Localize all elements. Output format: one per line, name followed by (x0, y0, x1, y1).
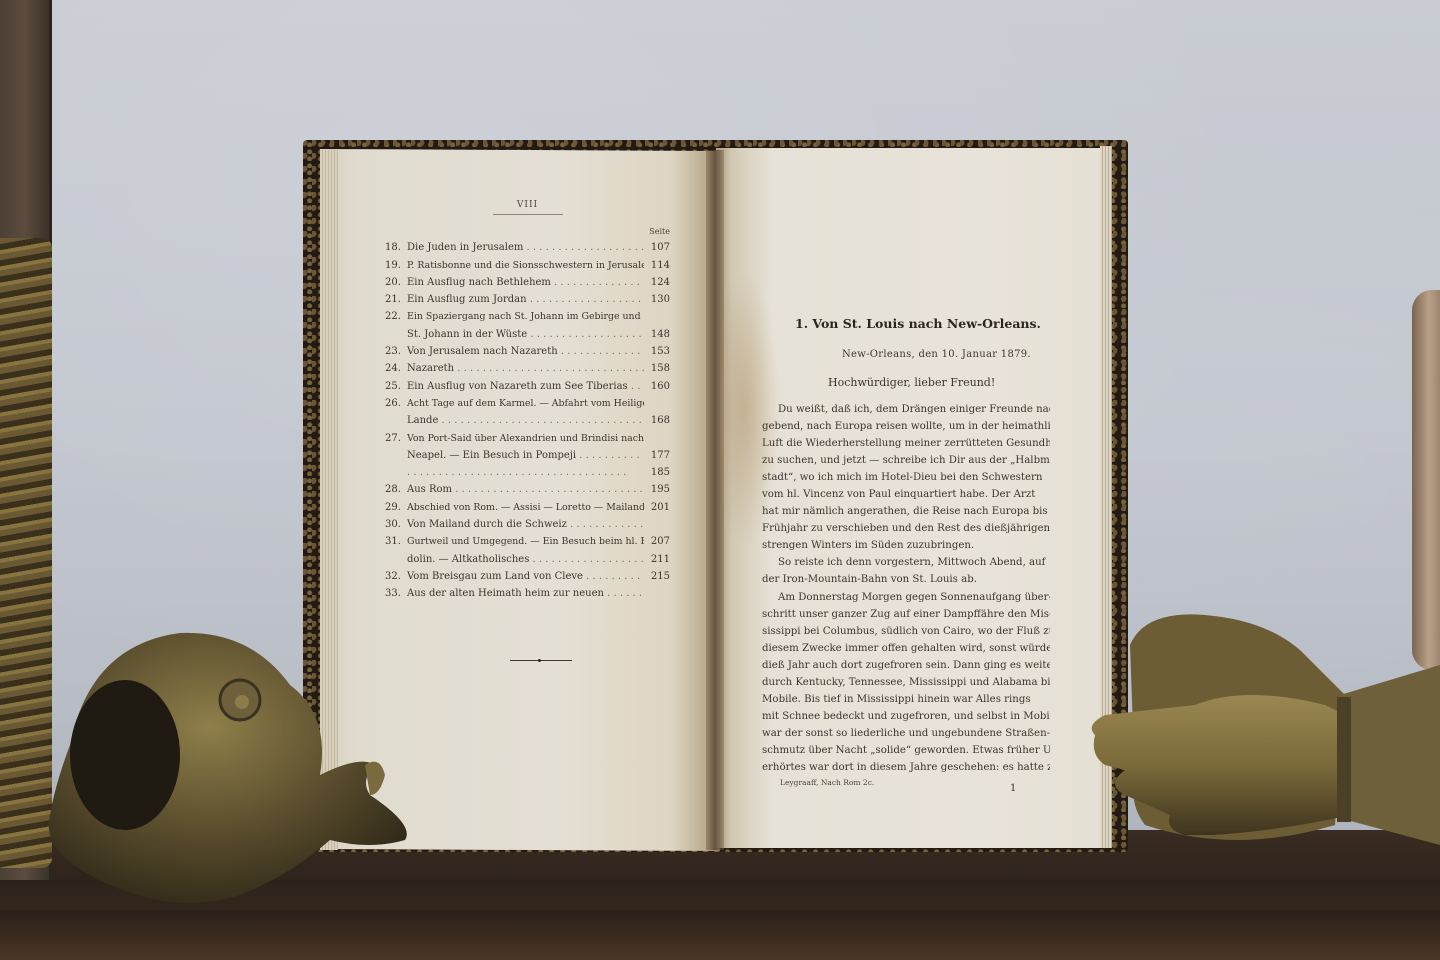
toc-entry: 23. Von Jerusalem nach Nazareth 153 (385, 341, 670, 358)
toc-entry: 30. Von Mailand durch die Schweiz (385, 514, 670, 531)
letter-salutation: Hochwürdiger, lieber Freund! (828, 376, 995, 389)
text-line: durch Kentucky, Tennessee, Mississippi u… (762, 674, 1050, 691)
text-line: gebend, nach Europa reisen wollte, um in… (762, 418, 1050, 435)
toc-entry: 26. Acht Tage auf dem Karmel. — Abfahrt … (385, 393, 670, 410)
end-ornament-rule (510, 660, 572, 661)
toc-entry: 32. Vom Breisgau zum Land von Cleve 215 (385, 566, 670, 583)
text-line: mit Schnee bedeckt und zugefroren, und s… (762, 708, 1050, 725)
page-number: 1 (1010, 783, 1016, 794)
text-line: Am Donnerstag Morgen gegen Sonnenaufgang… (762, 589, 1050, 606)
toc-entry: 31. Gurtweil und Umgegend. — Ein Besuch … (385, 531, 670, 548)
text-line: Du weißt, daß ich, dem Drängen einiger F… (762, 401, 1050, 418)
toc-entry: 24. Nazareth 158 (385, 358, 670, 375)
text-line: vom hl. Vincenz von Paul einquartiert ha… (762, 486, 1050, 503)
toc-entry: 33. Aus der alten Heimath heim zur neuen (385, 583, 670, 600)
text-line: diesem Zwecke immer offen gehalten wird,… (762, 640, 1050, 657)
toc-entry-continued: Neapel. — Ein Besuch in Pompeji 177 (385, 445, 670, 462)
toc-entry: 25. Ein Ausflug von Nazareth zum See Tib… (385, 375, 670, 392)
letter-dateline: New-Orleans, den 10. Januar 1879. (842, 349, 1031, 360)
text-line: schmutz über Nacht „solide“ geworden. Et… (762, 742, 1050, 759)
toc-entry: 21. Ein Ausflug zum Jordan 130 (385, 289, 670, 306)
toc-entry-continued: Lande 168 (385, 410, 670, 427)
text-line: So reiste ich denn vorgestern, Mittwoch … (762, 554, 1050, 571)
folio-number: VIII (493, 200, 563, 215)
toc-entry: 19. P. Ratisbonne und die Sionsschwester… (385, 254, 670, 271)
text-line: zu suchen, und jetzt — schreibe ich Dir … (762, 452, 1050, 469)
signature-line: Leygraaff, Nach Rom 2c. (780, 778, 874, 787)
text-line: der Iron-Mountain-Bahn von St. Louis ab. (762, 571, 1050, 588)
toc-entry: 22. Ein Spaziergang nach St. Johann im G… (385, 306, 670, 323)
text-line: war der sonst so liederliche und ungebun… (762, 725, 1050, 742)
toc-entry: 27. Von Port-Said über Alexandrien und B… (385, 427, 670, 444)
text-line: sissippi bei Columbus, südlich von Cairo… (762, 623, 1050, 640)
toc-entry-continued: dolin. — Altkatholisches 211 (385, 548, 670, 565)
text-line: Luft die Wiederherstellung meiner zerrüt… (762, 435, 1050, 452)
text-line: hat mir nämlich angerathen, die Reise na… (762, 503, 1050, 520)
toc-entry: 20. Ein Ausflug nach Bethlehem 124 (385, 272, 670, 289)
brass-hand-bookend-icon (1085, 605, 1440, 860)
table-of-contents: VIII Seite 18. Die Juden in Jerusalem 10… (385, 200, 670, 600)
chapter-title: 1. Von St. Louis nach New-Orleans. (795, 316, 1041, 331)
text-line: stadt“, wo ich mich im Hotel-Dieu bei de… (762, 469, 1050, 486)
page-column-header: Seite (385, 227, 670, 236)
toc-entry: 18. Die Juden in Jerusalem 107 (385, 237, 670, 254)
text-line: dieß Jahr auch dort zugefroren sein. Dan… (762, 657, 1050, 674)
text-line: erhörtes war dort in diesem Jahre gesche… (762, 759, 1050, 776)
toc-entry: 185 (385, 462, 670, 479)
text-line: Frühjahr zu verschieben und den Rest des… (762, 520, 1050, 537)
text-line: Mobile. Bis tief in Mississippi hinein w… (762, 691, 1050, 708)
text-line: strengen Winters im Süden zuzubringen. (762, 537, 1050, 554)
text-line: schritt unser ganzer Zug auf einer Dampf… (762, 606, 1050, 623)
toc-entry: 29. Abschied von Rom. — Assisi — Loretto… (385, 496, 670, 513)
shelf-edge (0, 910, 1440, 960)
brass-fish-bookend-icon (30, 625, 410, 915)
toc-entry-continued: St. Johann in der Wüste 148 (385, 323, 670, 340)
toc-entry: 28. Aus Rom 195 (385, 479, 670, 496)
body-text: Du weißt, daß ich, dem Drängen einiger F… (762, 401, 1050, 776)
